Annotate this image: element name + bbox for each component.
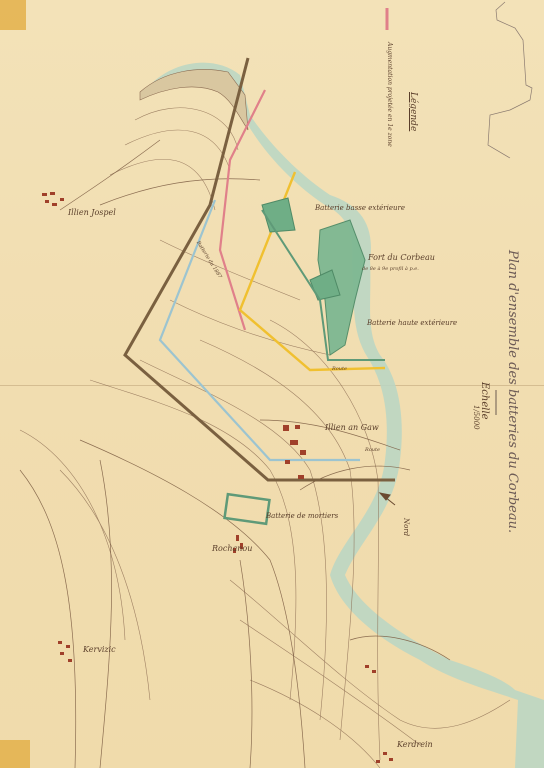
place-kerdrein: Kerdrein	[397, 740, 433, 749]
legend-item-label: Augmentation projetée en 1e zone	[386, 42, 393, 147]
roads	[20, 140, 450, 768]
label-fort-du-corbeau: Fort du Corbeau	[368, 253, 435, 262]
label-fort-note: de 8e à 9e profil à p.e.	[362, 266, 419, 272]
map-title: Plan d'ensemble des batteries du Corbeau…	[505, 250, 520, 533]
label-road-1: Route	[332, 366, 347, 372]
scale-label: Echelle	[479, 382, 490, 420]
legend-heading: Légende	[408, 92, 418, 131]
label-batterie-haute: Batterie haute extérieure	[367, 319, 457, 327]
scale-value: 1/5000	[472, 405, 480, 430]
north-label: Nord	[402, 518, 410, 536]
place-kervizic: Kervizic	[83, 645, 116, 654]
map-drawing	[0, 0, 544, 768]
map-sheet: Plan d'ensemble des batteries du Corbeau…	[0, 0, 544, 768]
batterie-mortiers-outline	[225, 494, 270, 524]
label-batterie-basse: Batterie basse extérieure	[315, 204, 405, 212]
place-illien-jospel: Illien Jospel	[68, 208, 116, 217]
label-batterie-mortiers: Batterie de mortiers	[266, 512, 338, 520]
place-rochanou: Rochanou	[212, 544, 252, 553]
profile-sketch	[488, 2, 532, 158]
zone-pink	[220, 90, 265, 330]
place-illien-an-gaw: Illien an Gaw	[325, 423, 379, 432]
label-road-2: Route	[365, 447, 380, 453]
